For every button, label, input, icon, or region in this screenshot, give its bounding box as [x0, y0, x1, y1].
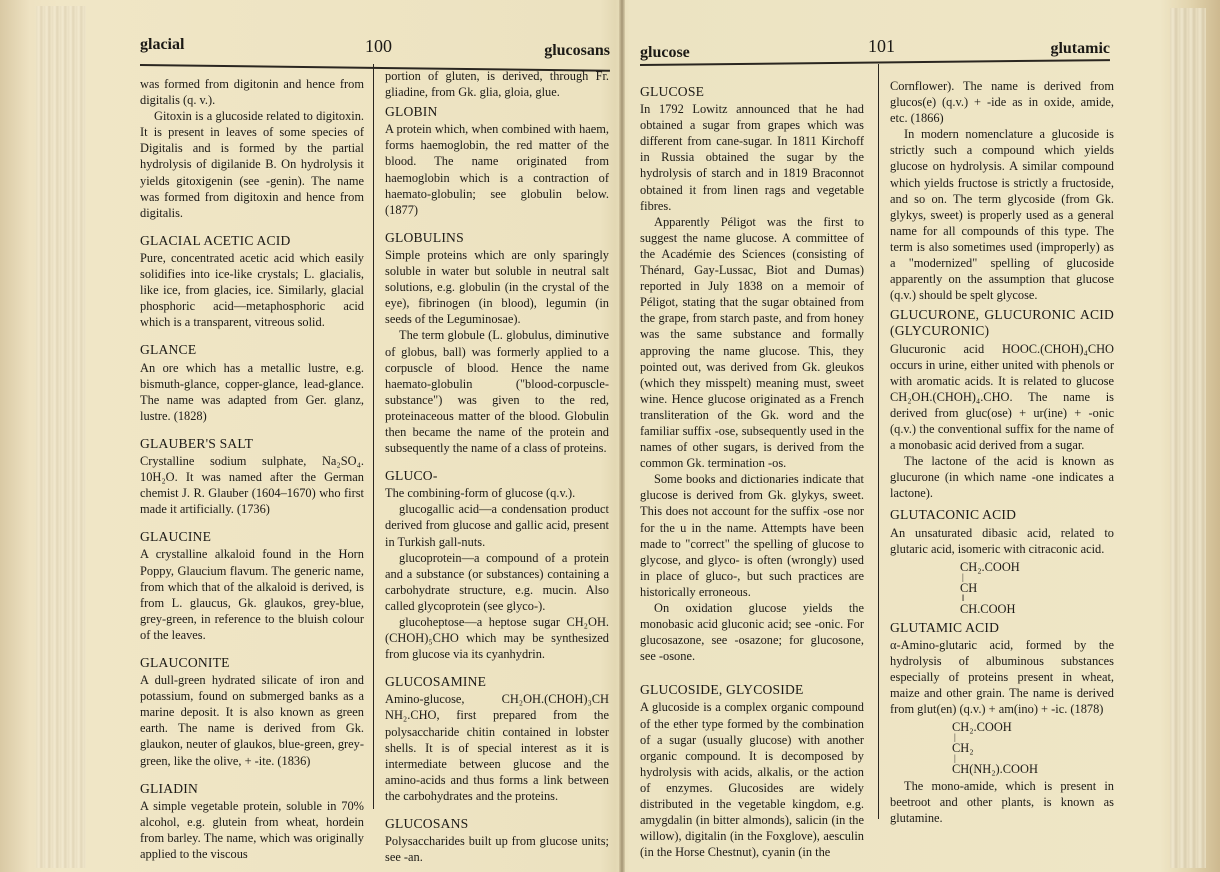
definition: Simple proteins which are only sparingly…	[385, 247, 609, 327]
definition-paragraph: The lactone of the acid is known as gluc…	[890, 453, 1114, 501]
headword: GLUCOSAMINE	[385, 674, 609, 690]
headword: GLANCE	[140, 342, 364, 358]
right-page: glucose 101 glutamic GLUCOSE In 1792 Low…	[640, 0, 1110, 872]
page-number: 100	[365, 36, 392, 57]
entry-globin: GLOBIN A protein which, when combined wi…	[385, 104, 609, 218]
column-1: was formed from digitonin and hence from…	[140, 76, 364, 872]
definition-paragraph: Some books and dictionaries indicate tha…	[640, 471, 864, 600]
headword: GLUTAMIC ACID	[890, 620, 1114, 636]
definition-paragraph: The term globule (L. globulus, diminutiv…	[385, 327, 609, 456]
running-head-first-word: glacial	[140, 36, 184, 54]
left-page: glacial 100 glucosans was formed from di…	[140, 0, 610, 872]
definition-paragraph: The mono-amide, which is present in beet…	[890, 778, 1114, 826]
headword: GLIADIN	[140, 781, 364, 797]
entry-glutaconic-acid: GLUTACONIC ACID An unsaturated dibasic a…	[890, 507, 1114, 615]
page-number: 101	[868, 36, 895, 57]
entry-globulins: GLOBULINS Simple proteins which are only…	[385, 230, 609, 456]
headword: GLACIAL ACETIC ACID	[140, 233, 364, 249]
headword: GLAUCONITE	[140, 655, 364, 671]
headword: GLUCOSANS	[385, 816, 609, 832]
column-2: portion of gluten, is derived, through F…	[385, 68, 609, 872]
entry-gliadin: GLIADIN A simple vegetable protein, solu…	[140, 781, 364, 862]
definition: A protein which, when combined with haem…	[385, 121, 609, 218]
definition: Pure, concentrated acetic acid which eas…	[140, 250, 364, 330]
entry-glaubers-salt: GLAUBER'S SALT Crystalline sodium sulpha…	[140, 436, 364, 517]
definition: Polysaccharides built up from glucose un…	[385, 833, 609, 865]
column-divider	[878, 64, 879, 819]
entry-glucoside: GLUCOSIDE, GLYCOSIDE A glucoside is a co…	[640, 682, 864, 860]
structural-formula: CH₂.COOH | CH₂ | CH(NH₂).COOH	[952, 720, 1114, 776]
headword: GLAUBER'S SALT	[140, 436, 364, 452]
entry-glutamic-acid: GLUTAMIC ACID α-Amino-glutaric acid, for…	[890, 620, 1114, 827]
continuation-text: portion of gluten, is derived, through F…	[385, 68, 609, 100]
column-2: Cornflower). The name is derived from gl…	[890, 78, 1114, 839]
headword: GLUCO-	[385, 468, 609, 484]
headword: GLOBIN	[385, 104, 609, 120]
open-book: glacial 100 glucosans was formed from di…	[0, 0, 1220, 872]
running-head-first-word: glucose	[640, 44, 690, 62]
entry-glucurone: GLUCURONE, GLUCURONIC ACID (GLYCURONIC) …	[890, 307, 1114, 501]
running-head-last-word: glucosans	[544, 42, 610, 60]
headword: GLUCOSIDE, GLYCOSIDE	[640, 682, 864, 698]
entry-glance: GLANCE An ore which has a metallic lustr…	[140, 342, 364, 423]
definition: An ore which has a metallic lustre, e.g.…	[140, 360, 364, 424]
definition: α-Amino-glutaric acid, formed by the hyd…	[890, 637, 1114, 717]
entry-glaucine: GLAUCINE A crystalline alkaloid found in…	[140, 529, 364, 643]
definition: Glucuronic acid HOOC.(CHOH)₄CHO occurs i…	[890, 341, 1114, 454]
right-page-edges	[1170, 8, 1206, 868]
sub-entry-glucogallic-acid: glucogallic acid—a condensation product …	[385, 501, 609, 549]
definition: A glucoside is a complex organic compoun…	[640, 699, 864, 860]
column-1: GLUCOSE In 1792 Lowitz announced that he…	[640, 84, 864, 872]
definition: A dull-green hydrated silicate of iron a…	[140, 672, 364, 769]
left-page-edges	[36, 6, 86, 868]
definition: The combining-form of glucose (q.v.).	[385, 485, 609, 501]
headword: GLUCOSE	[640, 84, 864, 100]
definition: Crystalline sodium sulphate, Na₂SO₄. 10H…	[140, 453, 364, 517]
continuation-text: was formed from digitonin and hence from…	[140, 76, 364, 108]
book-gutter	[619, 0, 625, 872]
entry-gluco: GLUCO- The combining-form of glucose (q.…	[385, 468, 609, 662]
entry-glucosans: GLUCOSANS Polysaccharides built up from …	[385, 816, 609, 865]
column-divider	[373, 64, 374, 809]
definition: An unsaturated dibasic acid, related to …	[890, 525, 1114, 557]
entry-glucose: GLUCOSE In 1792 Lowitz announced that he…	[640, 84, 864, 664]
sub-entry-glucoprotein: glucoprotein—a compound of a protein and…	[385, 550, 609, 614]
sub-entry-glucoheptose: glucoheptose—a heptose sugar CH₂OH.(CHOH…	[385, 614, 609, 662]
headword: GLOBULINS	[385, 230, 609, 246]
entry-paragraph: Gitoxin is a glucoside related to digito…	[140, 108, 364, 221]
definition-paragraph: On oxidation glucose yields the monobasi…	[640, 600, 864, 664]
definition-paragraph: Apparently Péligot was the first to sugg…	[640, 214, 864, 472]
definition: Amino-glucose, CH₂OH.(CHOH)₃CH NH₂.CHO, …	[385, 691, 609, 804]
running-head-last-word: glutamic	[1050, 40, 1110, 58]
definition: A simple vegetable protein, soluble in 7…	[140, 798, 364, 862]
headword: GLAUCINE	[140, 529, 364, 545]
headword: GLUTACONIC ACID	[890, 507, 1114, 523]
continuation-paragraph: In modern nomenclature a glucoside is st…	[890, 126, 1114, 303]
headword: GLUCURONE, GLUCURONIC ACID (GLYCURONIC)	[890, 307, 1114, 339]
entry-glacial-acetic-acid: GLACIAL ACETIC ACID Pure, concentrated a…	[140, 233, 364, 331]
entry-glauconite: GLAUCONITE A dull-green hydrated silicat…	[140, 655, 364, 769]
structural-formula: CH₂.COOH | CH ‖ CH.COOH	[960, 560, 1114, 616]
definition: A crystalline alkaloid found in the Horn…	[140, 546, 364, 643]
entry-glucosamine: GLUCOSAMINE Amino-glucose, CH₂OH.(CHOH)₃…	[385, 674, 609, 804]
continuation-text: Cornflower). The name is derived from gl…	[890, 78, 1114, 126]
definition: In 1792 Lowitz announced that he had obt…	[640, 101, 864, 214]
